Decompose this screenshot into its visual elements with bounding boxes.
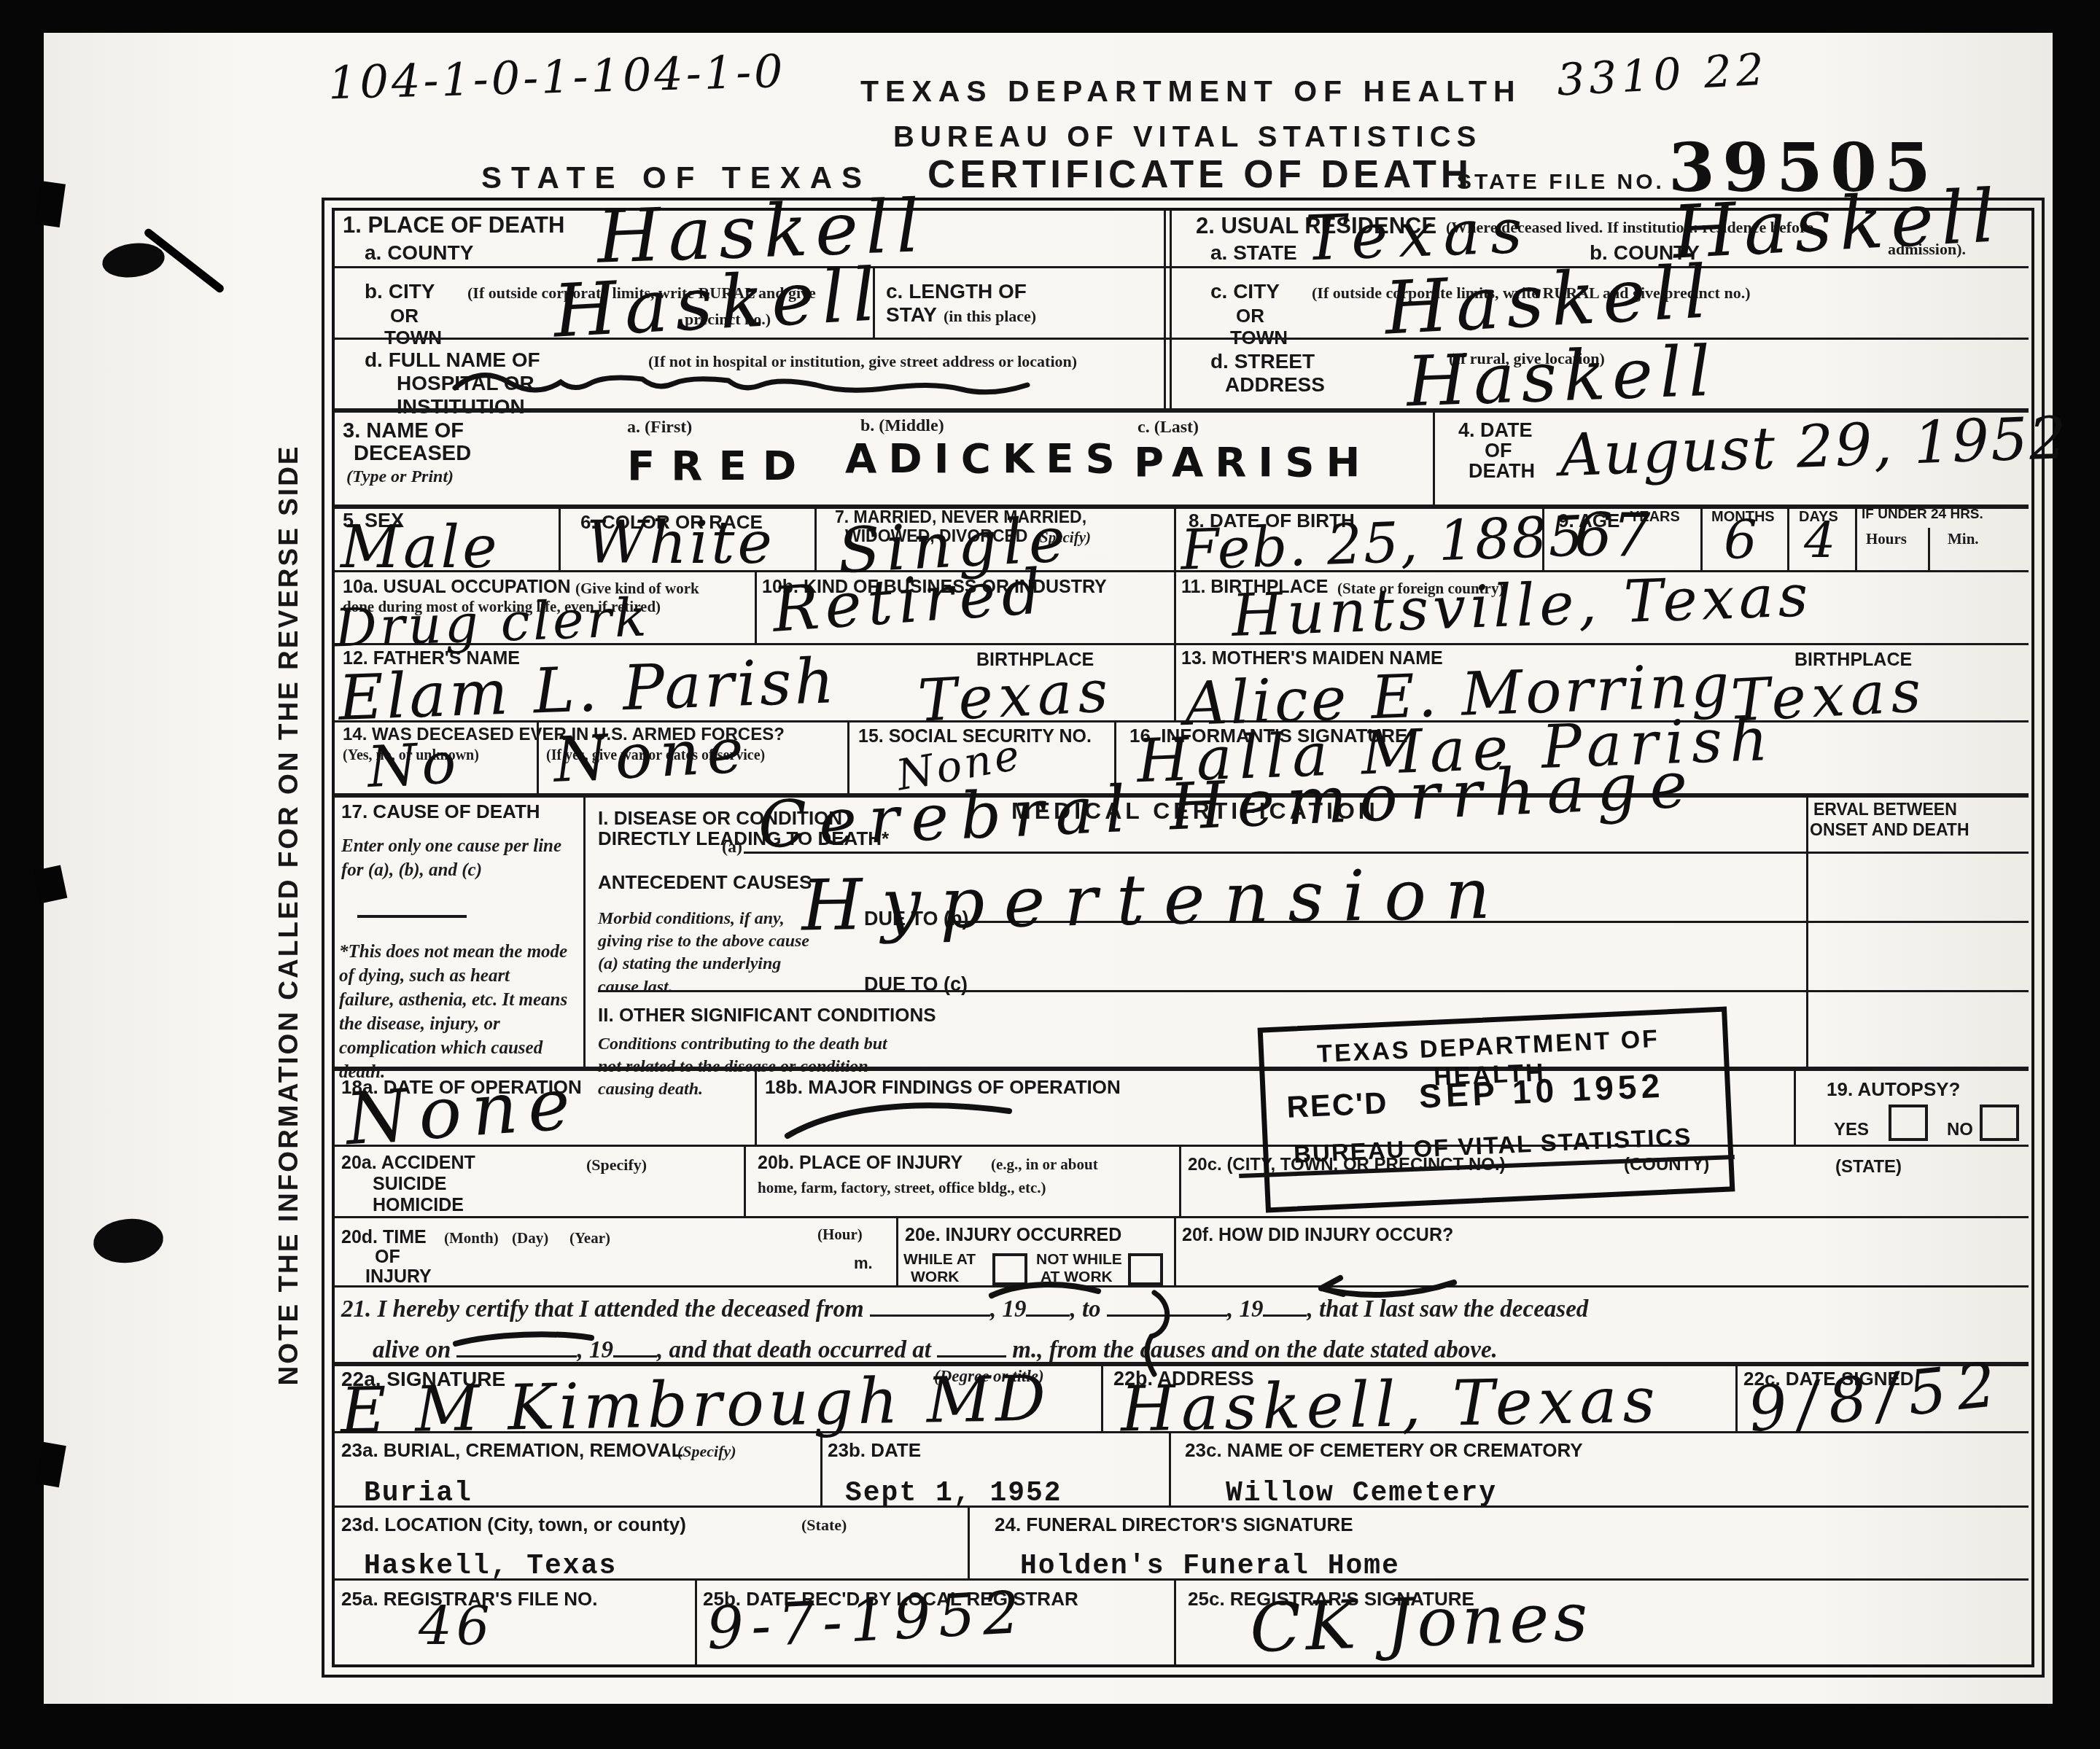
v-line [537, 720, 539, 793]
place-of-injury-label: 20b. PLACE OF INJURY [758, 1153, 962, 1173]
handwritten-code-top-right: 3310 22 [1556, 51, 1769, 99]
h-line [335, 1285, 2029, 1288]
blank [870, 1297, 990, 1317]
v-line [755, 1067, 757, 1145]
stamp-recd: REC'D [1286, 1086, 1388, 1125]
cause-note-2: *This does not mean the mode of dying, s… [339, 940, 569, 1084]
middle-name-label: b. (Middle) [860, 416, 944, 436]
cause-note-1: Enter only one cause per line for (a), (… [341, 835, 567, 882]
deceased-label-3: (Type or Print) [346, 467, 454, 487]
burial-date-value: Sept 1, 1952 [845, 1478, 1062, 1509]
cause-of-death-label: 17. CAUSE OF DEATH [341, 801, 540, 822]
state-file-no-label: STATE FILE NO. [1457, 171, 1665, 194]
burial-specify: (Specify) [677, 1442, 736, 1461]
injury-occurred-label: 20e. INJURY OCCURRED [905, 1226, 1121, 1245]
blank [1263, 1297, 1307, 1317]
armed-forces-answer: No [366, 739, 462, 792]
v-line [559, 505, 561, 570]
v-line [814, 505, 817, 570]
operation-date-value: None [343, 1074, 582, 1151]
v-line [1433, 408, 1435, 505]
physician-address-value: Haskell, Texas [1120, 1374, 1661, 1437]
autopsy-yes-checkbox [1889, 1105, 1928, 1141]
first-name-value: FRED [627, 443, 812, 490]
cause-a-tag: (a) [722, 838, 742, 857]
v-line [1174, 643, 1176, 720]
v-line [744, 1145, 746, 1216]
middle-name-value: ADICKES [845, 435, 1127, 483]
father-birthplace-value: Texas [917, 666, 1115, 726]
certificate-form: 1. PLACE OF DEATH a. COUNTY Haskell b. C… [332, 208, 2034, 1667]
street-value: Haskell [1406, 343, 1718, 413]
not-while-label: NOT WHILE [1036, 1252, 1122, 1269]
antecedent-label: ANTECEDENT CAUSES [598, 872, 812, 892]
suicide-label: SUICIDE [373, 1175, 446, 1194]
header-title: CERTIFICATE OF DEATH [927, 154, 1473, 195]
deceased-label-1: 3. NAME OF [343, 420, 464, 443]
certify-s9: m., from the causes and on the date stat… [1012, 1337, 1497, 1363]
header-bureau: BUREAU OF VITAL STATISTICS [893, 122, 1477, 153]
sex-value: Male [341, 523, 500, 572]
year-label: (Year) [569, 1229, 610, 1247]
header-department: TEXAS DEPARTMENT OF HEALTH [860, 75, 1509, 107]
pen-mark-arrow [1315, 1274, 1461, 1303]
date-of-death-value: August 29, 1952 [1559, 413, 2069, 480]
findings-dash-stroke [783, 1089, 1016, 1144]
age-years-value: 67 [1574, 511, 1650, 562]
residence-county-value: Haskell [1671, 184, 2004, 264]
v-line [1179, 1145, 1181, 1216]
none-squiggle [451, 360, 1035, 404]
dob-value: Feb. 25, 1885 [1180, 513, 1586, 574]
h-line [335, 1216, 2029, 1218]
residence-state-value: Texas [1304, 206, 1533, 266]
registrar-signature-value: CK Jones [1249, 1589, 1593, 1658]
certify-s4: , 19 [1227, 1296, 1264, 1323]
burial-location-value: Haskell, Texas [364, 1551, 617, 1582]
age-days-value: 4 [1804, 520, 1835, 562]
v-line [1174, 1216, 1176, 1285]
certify-s8: , and that death occurred at [657, 1337, 931, 1363]
hours-label: Hours [1866, 530, 1907, 548]
note-divider [357, 915, 467, 918]
accident-specify: (Specify) [586, 1156, 647, 1175]
birthplace-value: Huntsville, Texas [1231, 571, 1813, 641]
city-or: OR [390, 305, 419, 326]
residence-or: OR [1236, 305, 1264, 326]
place-of-injury-fine-1: (e.g., in or about [991, 1156, 1098, 1174]
street-label-2: ADDRESS [1225, 374, 1325, 396]
length-of-stay-fine: (in this place) [944, 307, 1036, 326]
h-line [335, 408, 2029, 413]
burial-value: Burial [364, 1478, 472, 1509]
time-of-injury-label-1: 20d. TIME [341, 1228, 427, 1247]
residence-state-label: a. STATE [1210, 242, 1297, 264]
other-conditions-label: II. OTHER SIGNIFICANT CONDITIONS [598, 1005, 936, 1025]
v-line [1735, 1362, 1738, 1431]
month-label: (Month) [444, 1229, 499, 1247]
while-at-label: WHILE AT [903, 1252, 976, 1269]
date-of-death-label-2: OF [1485, 440, 1512, 461]
interval-label-1: ERVAL BETWEEN [1813, 801, 1957, 819]
certify-s1: 21. I hereby certify that I attended the… [341, 1296, 864, 1323]
min-label: Min. [1948, 530, 1979, 548]
h-line [335, 1362, 2029, 1366]
v-line [1174, 570, 1176, 643]
burial-location-state-label: (State) [801, 1516, 847, 1535]
v-line [968, 1505, 970, 1578]
residence-city-value: Haskell [1383, 260, 1716, 340]
side-note-vertical: NOTE THE INFORMATION CALLED FOR ON THE R… [274, 390, 306, 1440]
autopsy-no-checkbox [1980, 1105, 2019, 1141]
race-value: White [586, 518, 775, 568]
city-label: b. CITY [365, 281, 435, 303]
v-line [1806, 793, 1808, 1067]
not-while-at-work-checkbox [1128, 1253, 1163, 1285]
time-of-injury-label-2: OF [375, 1247, 400, 1267]
funeral-director-value: Holden's Funeral Home [1020, 1551, 1400, 1582]
v-line [1928, 528, 1930, 570]
deceased-label-2: DECEASED [354, 443, 471, 465]
v-line [755, 570, 757, 643]
v-line [1787, 505, 1789, 570]
pen-mark [451, 1328, 597, 1349]
v-line [583, 793, 586, 1067]
place-of-injury-fine-2: home, farm, factory, street, office bldg… [758, 1179, 1046, 1197]
h-line [335, 1067, 2029, 1071]
father-value: Elam L. Parish [338, 655, 838, 725]
first-name-label: a. (First) [627, 418, 692, 437]
v-line [896, 1216, 898, 1285]
last-name-value: PARISH [1134, 439, 1372, 486]
physician-signature-value: E M Kimbrough MD [340, 1373, 1050, 1438]
registrar-date-value: 9-7-1952 [706, 1588, 1028, 1654]
injury-state-label: (STATE) [1835, 1158, 1902, 1177]
funeral-director-label: 24. FUNERAL DIRECTOR'S SIGNATURE [995, 1514, 1353, 1535]
m-label: m. [854, 1255, 873, 1272]
date-of-death-label-3: DEATH [1469, 461, 1535, 482]
city-value-handwriting: Haskell [552, 263, 884, 343]
autopsy-no-label: NO [1947, 1121, 1973, 1140]
certify-s6: alive on [373, 1337, 451, 1363]
registrar-file-value: 46 [419, 1605, 494, 1649]
v-line [847, 720, 849, 793]
blank [613, 1338, 657, 1357]
work-label: WORK [911, 1269, 960, 1286]
length-of-stay-label: c. LENGTH OF [886, 281, 1027, 303]
date-of-death-label-1: 4. DATE [1458, 420, 1533, 441]
county-label: a. COUNTY [365, 242, 473, 264]
burial-date-label: 23b. DATE [828, 1440, 921, 1460]
v-line [820, 1431, 822, 1505]
v-line [1700, 505, 1703, 570]
cause-b-value: Hypertension [801, 865, 1509, 937]
pen-mark-question [1129, 1288, 1181, 1379]
v-line [1101, 1362, 1103, 1431]
date-signed-value: 9/8/52 [1746, 1358, 2008, 1437]
how-did-injury-occur-label: 20f. HOW DID INJURY OCCUR? [1182, 1226, 1453, 1245]
blank [937, 1338, 1006, 1357]
under-24-label: IF UNDER 24 HRS. [1862, 507, 1983, 523]
armed-forces-detail: None [552, 725, 752, 787]
v-line [1170, 211, 1172, 408]
pen-mark [987, 1277, 1104, 1301]
v-line [1794, 1067, 1796, 1145]
v-line [1855, 505, 1857, 570]
handwritten-code-top-left: 104-1-0-1-104-1-0 [327, 52, 786, 103]
day-label: (Day) [512, 1229, 548, 1247]
h-line [335, 1505, 2029, 1508]
age-months-value: 6 [1724, 518, 1757, 563]
hour-label: (Hour) [817, 1226, 863, 1244]
residence-city-label: c. CITY [1210, 281, 1280, 303]
morbid-note: Morbid conditions, if any, giving rise t… [598, 908, 813, 999]
received-stamp: TEXAS DEPARTMENT OF HEALTH REC'D SEP 10 … [1258, 1007, 1735, 1213]
cause-c-line [598, 990, 2029, 992]
v-line [1174, 505, 1176, 570]
interval-label-2: ONSET AND DEATH [1810, 821, 1969, 839]
occupation-value: Drug clerk [334, 595, 650, 650]
business-value: Retired [771, 566, 1049, 637]
v-line [1174, 1578, 1176, 1664]
time-of-injury-label-3: INJURY [365, 1267, 432, 1287]
v-line [1164, 211, 1166, 408]
autopsy-label: 19. AUTOPSY? [1827, 1079, 1961, 1099]
burial-location-label: 23d. LOCATION (City, town, or county) [341, 1514, 686, 1535]
cemetery-value: Willow Cemetery [1226, 1478, 1497, 1509]
autopsy-yes-label: YES [1834, 1121, 1869, 1140]
length-of-stay-label-2: STAY [886, 304, 937, 326]
v-line [695, 1578, 697, 1664]
last-name-label: c. (Last) [1137, 418, 1199, 437]
homicide-label: HOMICIDE [373, 1196, 464, 1215]
street-label: d. STREET [1210, 351, 1315, 373]
place-of-death-label: 1. PLACE OF DEATH [343, 213, 564, 237]
h-line [335, 1145, 2029, 1147]
